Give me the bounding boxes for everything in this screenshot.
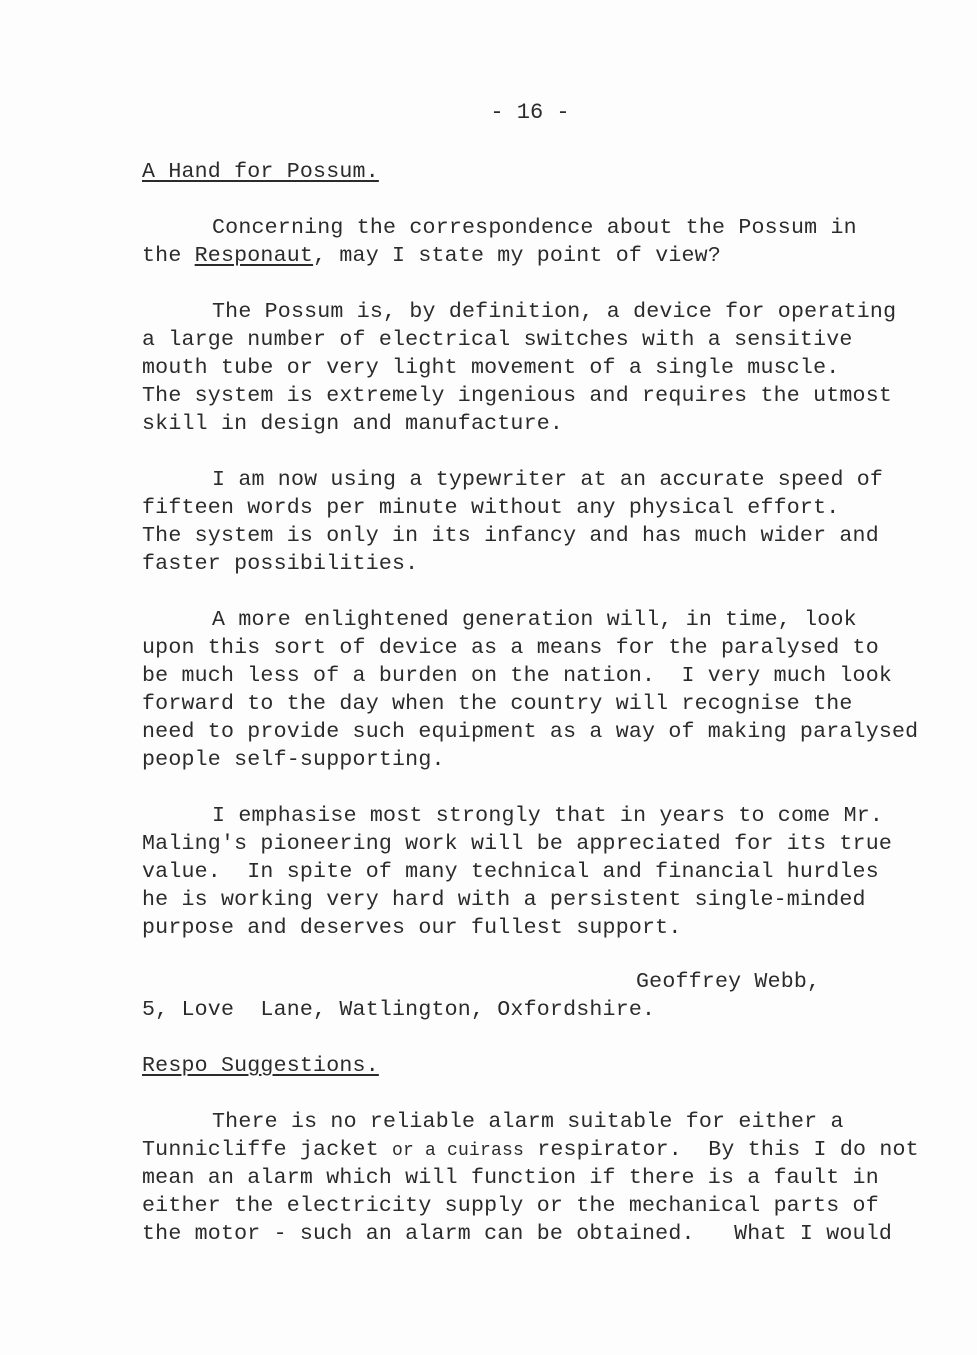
paragraph-line: skill in design and manufacture. <box>142 410 563 438</box>
text: , may I state my point of view? <box>313 244 721 268</box>
document-page: - 16 - A Hand for Possum. Concerning the… <box>0 0 977 1355</box>
paragraph-line: value. In spite of many technical and fi… <box>142 858 879 886</box>
paragraph-line: faster possibilities. <box>142 550 418 578</box>
text: respirator. By this I do not <box>524 1138 919 1162</box>
paragraph-line: purpose and deserves our fullest support… <box>142 914 682 942</box>
publication-reference: Responaut <box>195 244 313 268</box>
paragraph-line: a large number of electrical switches wi… <box>142 326 853 354</box>
article-title: Respo Suggestions. <box>142 1052 379 1080</box>
paragraph-line: I am now using a typewriter at an accura… <box>212 466 883 494</box>
paragraph-line: be much less of a burden on the nation. … <box>142 662 892 690</box>
paragraph-line: mean an alarm which will function if the… <box>142 1164 879 1192</box>
paragraph-line: he is working very hard with a persisten… <box>142 886 866 914</box>
article-title: A Hand for Possum. <box>142 158 379 186</box>
paragraph-line: upon this sort of device as a means for … <box>142 634 879 662</box>
paragraph-line: the motor - such an alarm can be obtaine… <box>142 1220 892 1248</box>
paragraph-line: either the electricity supply or the mec… <box>142 1192 879 1220</box>
page-number: - 16 - <box>0 100 977 125</box>
paragraph-line: forward to the day when the country will… <box>142 690 853 718</box>
text: the <box>142 244 195 268</box>
text: Tunnicliffe jacket <box>142 1138 392 1162</box>
paragraph-line: There is no reliable alarm suitable for … <box>212 1108 844 1136</box>
paragraph-line: Concerning the correspondence about the … <box>212 214 857 242</box>
paragraph-line: the Responaut, may I state my point of v… <box>142 242 721 270</box>
paragraph-line: The system is extremely ingenious and re… <box>142 382 892 410</box>
paragraph-line: A more enlightened generation will, in t… <box>212 606 857 634</box>
paragraph-line: Maling's pioneering work will be appreci… <box>142 830 892 858</box>
paragraph-line: need to provide such equipment as a way … <box>142 718 918 746</box>
author-signature: Geoffrey Webb, <box>636 968 820 996</box>
paragraph-line: Tunnicliffe jacket or a cuirass respirat… <box>142 1136 919 1165</box>
author-address: 5, Love Lane, Watlington, Oxfordshire. <box>142 996 655 1024</box>
paragraph-line: I emphasise most strongly that in years … <box>212 802 883 830</box>
paragraph-line: The system is only in its infancy and ha… <box>142 522 879 550</box>
paragraph-line: mouth tube or very light movement of a s… <box>142 354 839 382</box>
paragraph-line: The Possum is, by definition, a device f… <box>212 298 896 326</box>
inserted-text: or a cuirass <box>392 1141 524 1161</box>
paragraph-line: fifteen words per minute without any phy… <box>142 494 839 522</box>
paragraph-line: people self-supporting. <box>142 746 445 774</box>
